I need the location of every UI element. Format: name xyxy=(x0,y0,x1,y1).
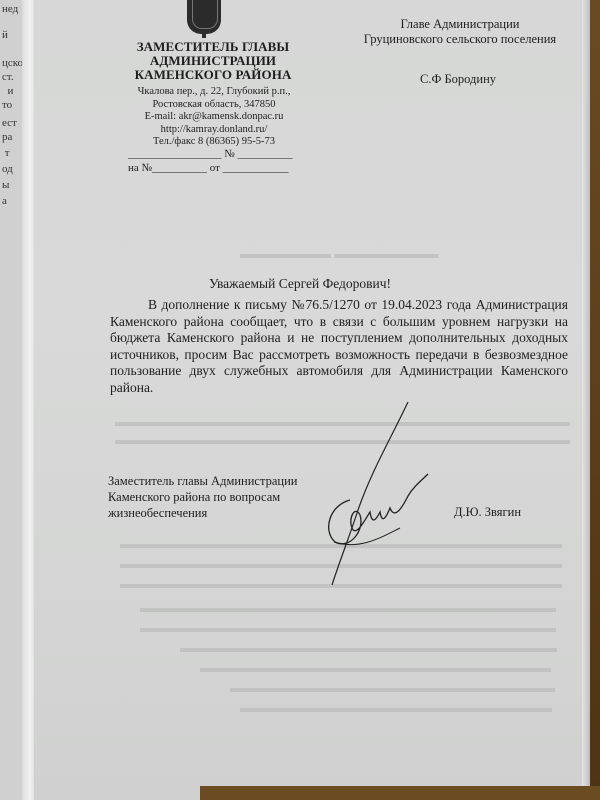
handwritten-signature-icon xyxy=(310,400,430,590)
recipient-block: Главе Администрации Груциновского сельск… xyxy=(350,17,570,47)
bleed-through-text: ▬▬▬▬▬▬▬▬▬▬▬▬▬▬▬▬▬▬▬▬▬▬▬▬ xyxy=(240,700,552,716)
letterhead-title: ЗАМЕСТИТЕЛЬ ГЛАВЫ АДМИНИСТРАЦИИ КАМЕНСКО… xyxy=(133,40,293,82)
registration-number-line: _________________ № __________ xyxy=(128,147,293,161)
signatory-position: Заместитель главы Администрации Каменско… xyxy=(108,473,297,521)
salutation: Уважаемый Сергей Федорович! xyxy=(0,276,600,292)
bleed-through-text: ▬▬▬▬▬▬▬▬▬▬▬▬▬▬▬▬▬▬▬▬▬▬▬▬▬▬▬ xyxy=(200,660,551,676)
letterhead-address: Чкалова пер., д. 22, Глубокий р.п., Рост… xyxy=(130,86,298,149)
letter-body: В дополнение к письму №76.5/1270 от 19.0… xyxy=(110,297,568,396)
bleed-through-text: ▬▬▬▬▬▬▬▬▬▬▬▬▬▬▬▬▬▬▬▬▬▬▬▬▬▬▬▬▬▬▬▬ xyxy=(140,620,556,636)
coat-of-arms-icon xyxy=(187,0,221,34)
desk-edge xyxy=(200,786,600,800)
page-edge xyxy=(582,0,590,800)
bleed-through-text: ▬▬▬▬▬▬▬▬▬▬▬▬▬▬▬▬▬▬▬▬▬▬▬▬▬ xyxy=(230,680,555,696)
signatory-name: Д.Ю. Звягин xyxy=(454,505,521,520)
reference-number-line: на №__________ от ____________ xyxy=(128,161,289,175)
bleed-through-text: ▬▬▬▬▬▬▬▬▬▬▬▬▬▬▬▬▬▬▬▬▬▬▬▬▬▬▬▬▬ xyxy=(180,640,557,656)
bleed-through-text: ▬▬▬▬▬▬▬▬▬▬▬▬▬▬▬▬▬▬▬▬▬▬▬▬▬▬▬▬▬▬▬▬ xyxy=(140,600,556,616)
bleed-through-text: ▬▬▬▬▬▬▬ ▬▬▬▬▬▬▬▬ xyxy=(240,246,438,262)
recipient-name: С.Ф Бородину xyxy=(420,72,496,87)
